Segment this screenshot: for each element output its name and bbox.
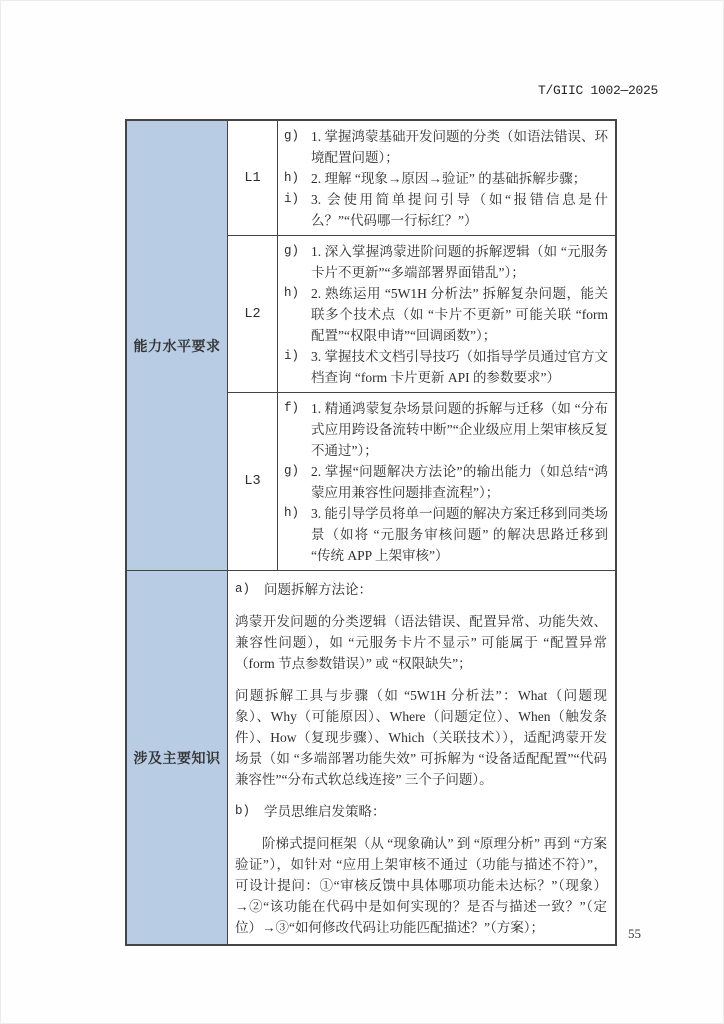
list-item: i) 3. 掌握技术文档引导技巧（如指导学员通过官方文档查询 “form 卡片更… bbox=[284, 346, 608, 388]
level-rows: L1 g) 1. 掌握鸿蒙基础开发问题的分类（如语法错误、环境配置问题）； h)… bbox=[228, 121, 615, 570]
capability-level-section: 能力水平要求 L1 g) 1. 掌握鸿蒙基础开发问题的分类（如语法错误、环境配置… bbox=[127, 121, 615, 570]
list-item-marker: i) bbox=[284, 346, 311, 388]
list-item-text: 1. 掌握鸿蒙基础开发问题的分类（如语法错误、环境配置问题）； bbox=[311, 126, 608, 168]
list-item-marker: f) bbox=[284, 398, 311, 461]
table-row-l3: L3 f) 1. 精通鸿蒙复杂场景问题的拆解与迁移（如 “分布式应用跨设备流转中… bbox=[228, 392, 615, 570]
list-item: h) 2. 理解 “现象→原因→验证” 的基础拆解步骤； bbox=[284, 168, 608, 189]
list-item-marker: h) bbox=[284, 503, 311, 566]
level-content-l2: g) 1. 深入掌握鸿蒙进阶问题的拆解逻辑（如 “元服务卡片不更新”“多端部署界… bbox=[278, 236, 615, 392]
paragraph-text: 学员思维启发策略： bbox=[264, 801, 607, 822]
document-page: T/GIIC 1002—2025 能力水平要求 L1 g) 1. 掌握鸿蒙基础开… bbox=[0, 0, 724, 1024]
list-item-text: 1. 精通鸿蒙复杂场景问题的拆解与迁移（如 “分布式应用跨设备流转中断”“企业级… bbox=[311, 398, 608, 461]
paragraph-classification-logic: 鸿蒙开发问题的分类逻辑（语法错误、配置异常、功能失效、兼容性问题），如 “元服务… bbox=[235, 611, 607, 674]
row-label-knowledge: 涉及主要知识 bbox=[127, 571, 228, 944]
row-label-capability-level: 能力水平要求 bbox=[127, 121, 228, 570]
list-item: g) 2. 掌握“问题解决方法论”的输出能力（如总结“鸿蒙应用兼容性问题排查流程… bbox=[284, 461, 608, 503]
list-item: g) 1. 掌握鸿蒙基础开发问题的分类（如语法错误、环境配置问题）； bbox=[284, 126, 608, 168]
page-number: 55 bbox=[628, 926, 641, 942]
level-cell-l1: L1 bbox=[228, 121, 278, 235]
paragraph-text: 问题拆解方法论： bbox=[264, 579, 607, 600]
list-item-marker: g) bbox=[284, 241, 311, 283]
list-item-text: 3. 会使用简单提问引导（如“报错信息是什么？”“代码哪一行标红？”） bbox=[311, 189, 608, 231]
paragraph-question-framework: 阶梯式提问框架（从 “现象确认” 到 “原理分析” 再到 “方案验证”），如针对… bbox=[235, 833, 607, 938]
capability-table: 能力水平要求 L1 g) 1. 掌握鸿蒙基础开发问题的分类（如语法错误、环境配置… bbox=[125, 119, 617, 946]
list-item-marker: i) bbox=[284, 189, 311, 231]
list-item-text: 3. 掌握技术文档引导技巧（如指导学员通过官方文档查询 “form 卡片更新 A… bbox=[311, 346, 608, 388]
list-item: h) 3. 能引导学员将单一问题的解决方案迁移到同类场景（如将 “元服务审核问题… bbox=[284, 503, 608, 566]
list-item-marker: g) bbox=[284, 126, 311, 168]
list-item: i) 3. 会使用简单提问引导（如“报错信息是什么？”“代码哪一行标红？”） bbox=[284, 189, 608, 231]
level-cell-l3: L3 bbox=[228, 393, 278, 570]
list-item-text: 3. 能引导学员将单一问题的解决方案迁移到同类场景（如将 “元服务审核问题” 的… bbox=[311, 503, 608, 566]
paragraph-5w1h-tools: 问题拆解工具与步骤（如 “5W1H 分析法”：What（问题现象）、Why（可能… bbox=[235, 685, 607, 790]
knowledge-section: 涉及主要知识 a) 问题拆解方法论： 鸿蒙开发问题的分类逻辑（语法错误、配置异常… bbox=[127, 570, 615, 944]
document-code-header: T/GIIC 1002—2025 bbox=[538, 83, 658, 98]
list-item: f) 1. 精通鸿蒙复杂场景问题的拆解与迁移（如 “分布式应用跨设备流转中断”“… bbox=[284, 398, 608, 461]
level-cell-l2: L2 bbox=[228, 236, 278, 392]
paragraph-a-heading: a) 问题拆解方法论： bbox=[235, 579, 607, 600]
list-item: g) 1. 深入掌握鸿蒙进阶问题的拆解逻辑（如 “元服务卡片不更新”“多端部署界… bbox=[284, 241, 608, 283]
table-row-l1: L1 g) 1. 掌握鸿蒙基础开发问题的分类（如语法错误、环境配置问题）； h)… bbox=[228, 121, 615, 235]
level-content-l1: g) 1. 掌握鸿蒙基础开发问题的分类（如语法错误、环境配置问题）； h) 2.… bbox=[278, 121, 615, 235]
list-item-marker: h) bbox=[284, 168, 311, 189]
knowledge-content: a) 问题拆解方法论： 鸿蒙开发问题的分类逻辑（语法错误、配置异常、功能失效、兼… bbox=[228, 571, 615, 944]
list-item-text: 1. 深入掌握鸿蒙进阶问题的拆解逻辑（如 “元服务卡片不更新”“多端部署界面错乱… bbox=[311, 241, 608, 283]
list-item-text: 2. 掌握“问题解决方法论”的输出能力（如总结“鸿蒙应用兼容性问题排查流程”）； bbox=[311, 461, 608, 503]
paragraph-b-heading: b) 学员思维启发策略： bbox=[235, 801, 607, 822]
paragraph-marker: a) bbox=[235, 579, 264, 600]
paragraph-marker: b) bbox=[235, 801, 264, 822]
list-item-marker: g) bbox=[284, 461, 311, 503]
level-content-l3: f) 1. 精通鸿蒙复杂场景问题的拆解与迁移（如 “分布式应用跨设备流转中断”“… bbox=[278, 393, 615, 570]
list-item-text: 2. 熟练运用 “5W1H 分析法” 拆解复杂问题，能关联多个技术点（如 “卡片… bbox=[311, 283, 608, 346]
list-item: h) 2. 熟练运用 “5W1H 分析法” 拆解复杂问题，能关联多个技术点（如 … bbox=[284, 283, 608, 346]
list-item-marker: h) bbox=[284, 283, 311, 346]
table-row-l2: L2 g) 1. 深入掌握鸿蒙进阶问题的拆解逻辑（如 “元服务卡片不更新”“多端… bbox=[228, 235, 615, 392]
list-item-text: 2. 理解 “现象→原因→验证” 的基础拆解步骤； bbox=[311, 168, 608, 189]
